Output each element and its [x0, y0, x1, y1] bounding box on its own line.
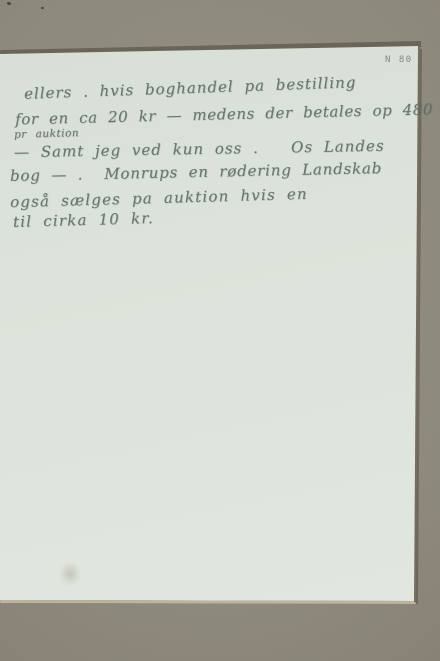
- background-speck: [41, 7, 44, 9]
- handwriting-line-3-insertion: pr auktion: [14, 127, 79, 141]
- archival-number: N 80: [385, 55, 413, 65]
- background-speck: [7, 1, 12, 5]
- paper-smudge: [56, 558, 84, 590]
- scan-background: N 80 ellers . hvis boghandel pa bestilli…: [0, 0, 440, 661]
